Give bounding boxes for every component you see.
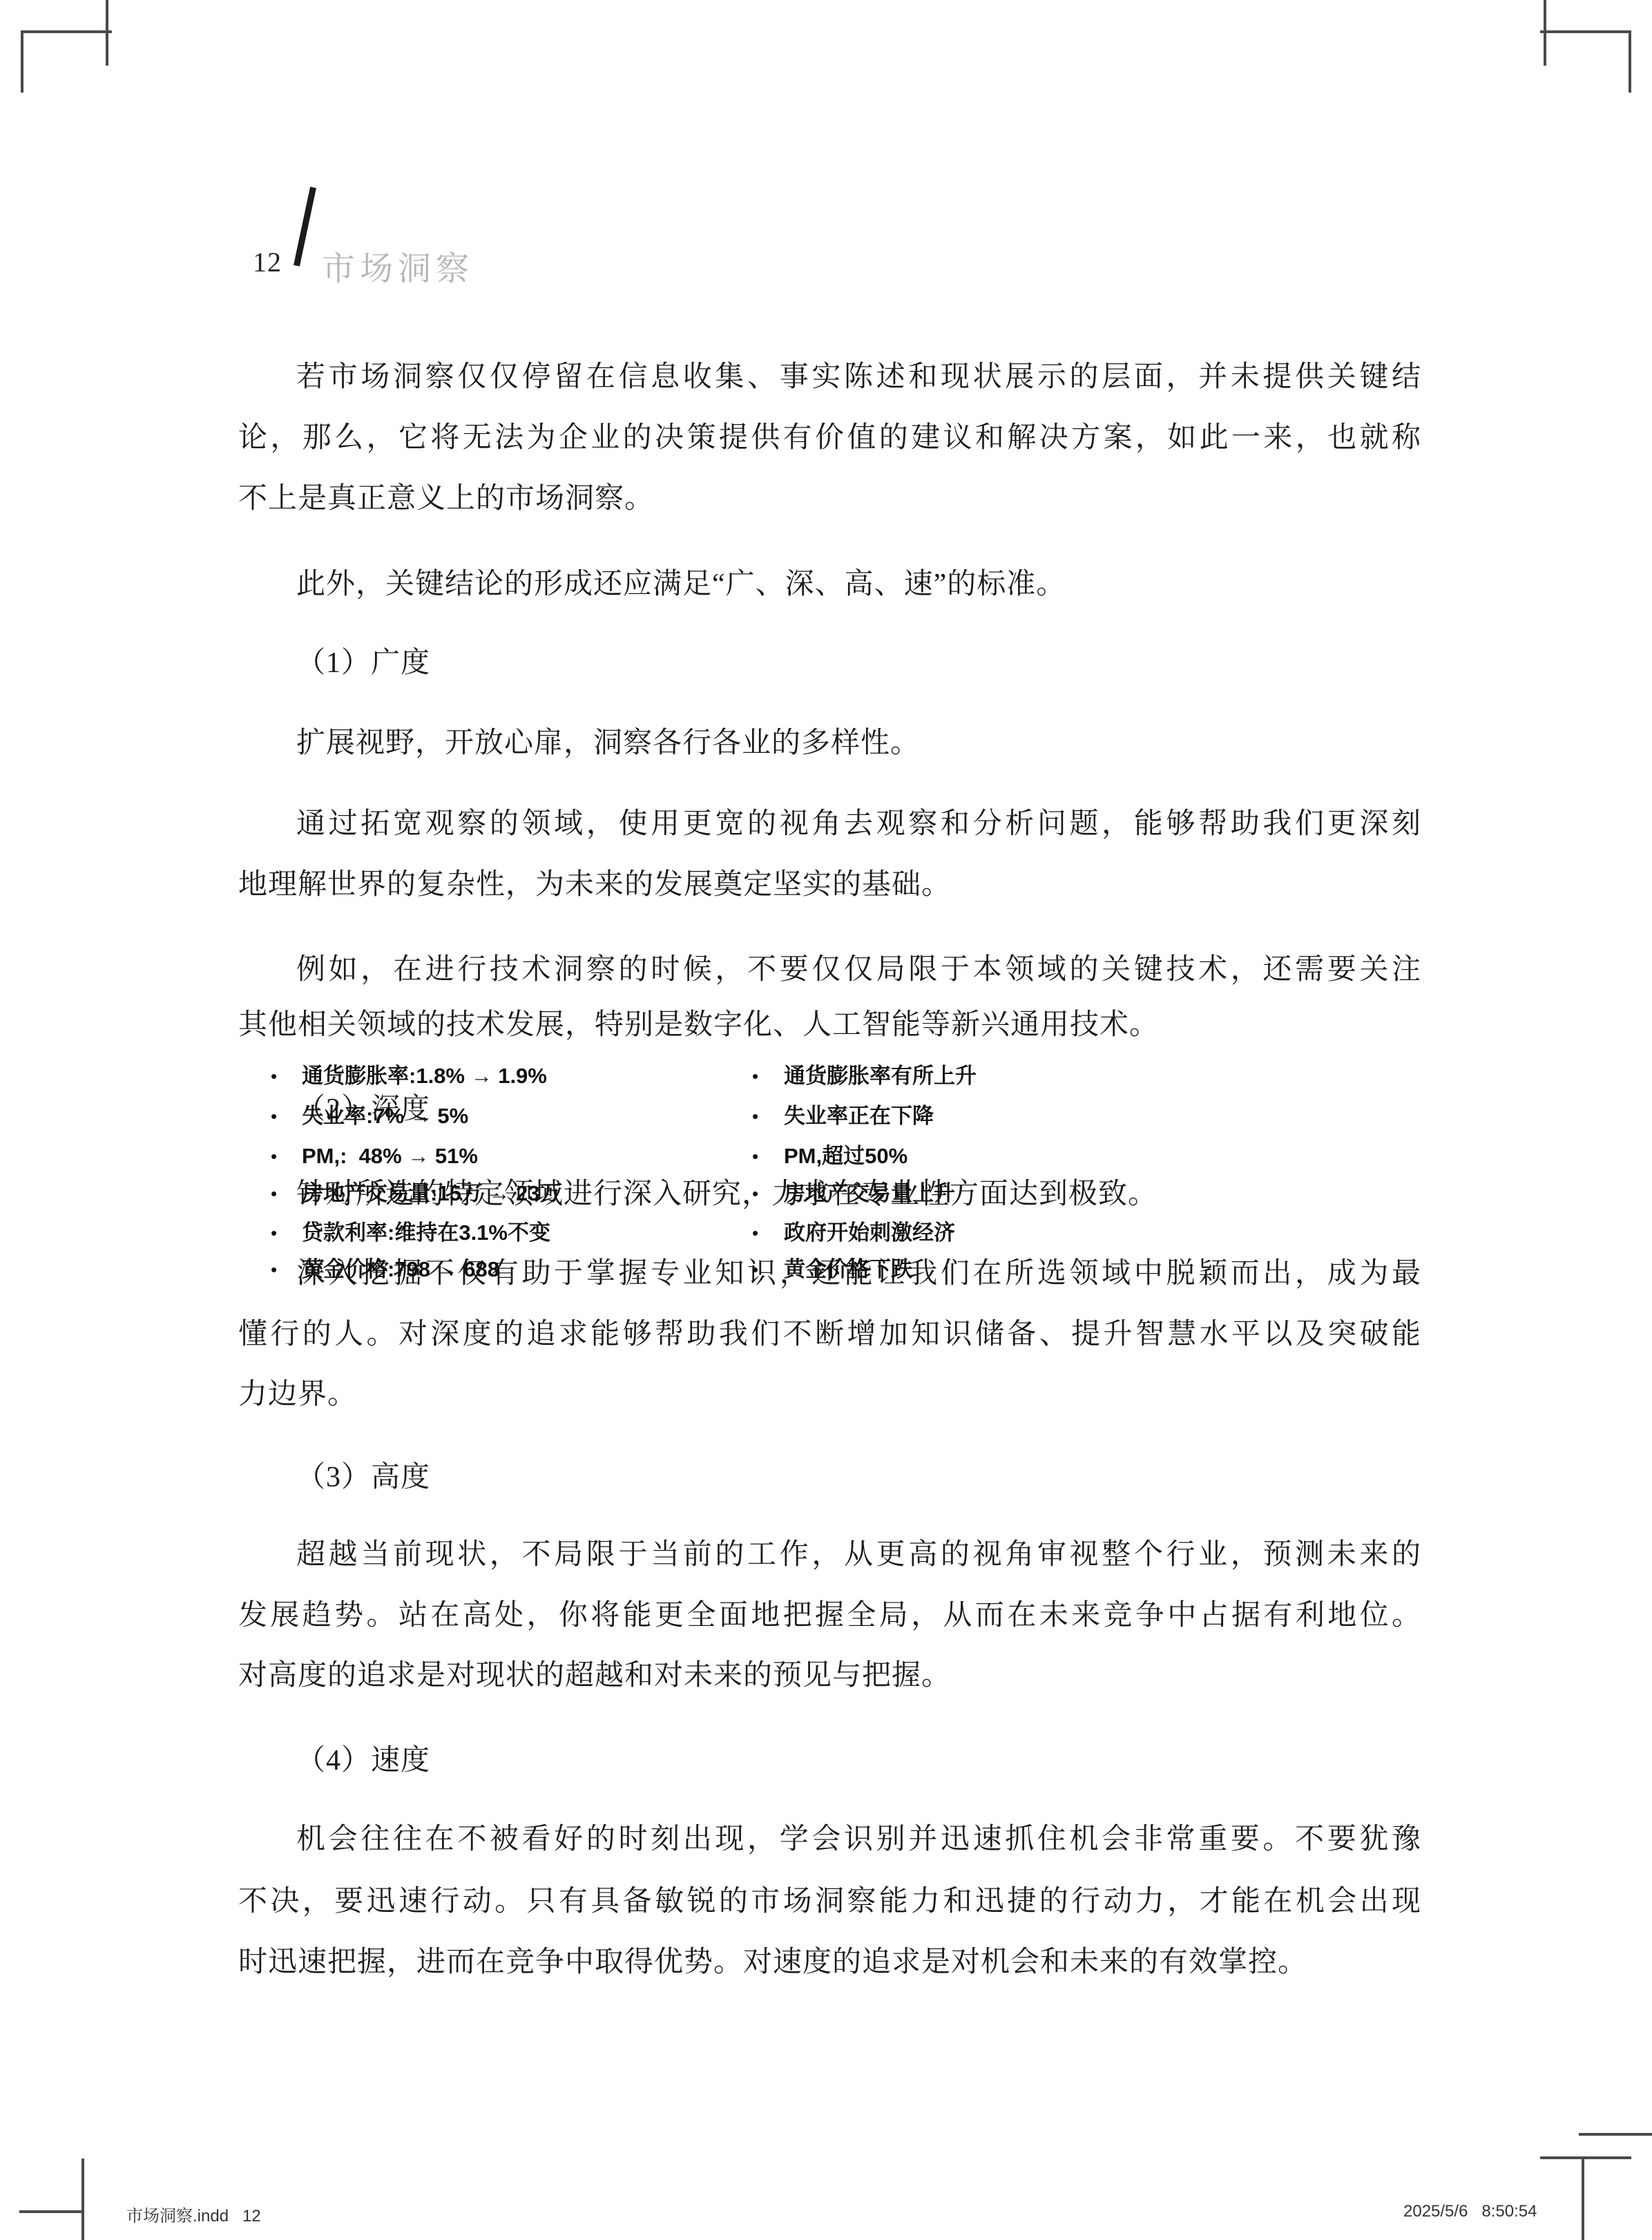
body-line-23: 时迅速把握，进而在竞争中取得优势。对速度的追求是对机会和未来的有效掌控。 xyxy=(238,1944,1421,1980)
body-line-9: 例如，在进行技术洞察的时候，不要仅仅局限于本领域的关键技术，还需要关注 xyxy=(238,952,1421,988)
footer-file-label: 市场洞察.indd 12 xyxy=(126,2202,261,2226)
figure-bullet-right-5: •政府开始刺激经济 xyxy=(752,1219,955,1247)
bullet-dot-icon: • xyxy=(752,1102,784,1130)
body-line-7: 通过拓宽观察的领域，使用更宽的视角去观察和分析问题，能够帮助我们更深刻 xyxy=(238,806,1421,842)
figure-bullet-right-6: •黄金价格下跌 xyxy=(752,1256,912,1283)
body-line-8: 地理解世界的复杂性，为未来的发展奠定坚实的基础。 xyxy=(238,867,1421,903)
bullet-dot-icon: • xyxy=(271,1142,302,1170)
body-line-20: （4）速度 xyxy=(238,1743,1421,1779)
figure-bullet-right-3: •PM,超过50% xyxy=(752,1142,907,1170)
bullet-text: 黄金价格下跌 xyxy=(784,1257,912,1281)
figure-bullet-left-4: •房地产交易量:15万 → 23万 xyxy=(271,1180,561,1207)
bullet-text: PM,: 48% → 51% xyxy=(302,1144,478,1168)
bullet-dot-icon: • xyxy=(752,1219,784,1247)
bullet-text: 房地产交易量:15万 → 23万 xyxy=(302,1181,561,1205)
bullet-dot-icon: • xyxy=(752,1256,784,1283)
bullet-dot-icon: • xyxy=(271,1062,302,1090)
bullet-text: 黄金价格:798 → 688 xyxy=(302,1257,499,1281)
body-line-10: 其他相关领域的技术发展，特别是数字化、人工智能等新兴通用技术。 xyxy=(238,1007,1421,1043)
bullet-text: 房地产交易量上升 xyxy=(784,1181,955,1205)
figure-bullet-left-2: •失业率:7% → 5% xyxy=(271,1102,468,1130)
body-line-3: 不上是真正意义上的市场洞察。 xyxy=(238,481,1421,517)
figure-bullet-left-1: •通货膨胀率:1.8% → 1.9% xyxy=(271,1062,547,1090)
body-line-2: 论，那么，它将无法为企业的决策提供有价值的建议和解决方案，如此一来，也就称 xyxy=(238,420,1421,456)
footer-timestamp: 2025/5/6 8:50:54 xyxy=(1403,2202,1537,2221)
bullet-dot-icon: • xyxy=(271,1219,302,1247)
body-line-15: 力边界。 xyxy=(238,1377,1421,1413)
body-line-17: 超越当前现状，不局限于当前的工作，从更高的视角审视整个行业，预测未来的 xyxy=(238,1537,1421,1573)
bullet-dot-icon: • xyxy=(271,1102,302,1130)
body-line-6: 扩展视野，开放心扉，洞察各行各业的多样性。 xyxy=(238,725,1421,761)
bullet-text: 贷款利率:维持在3.1%不变 xyxy=(302,1220,550,1245)
figure-bullet-left-5: •贷款利率:维持在3.1%不变 xyxy=(271,1219,550,1247)
bullet-dot-icon: • xyxy=(752,1180,784,1207)
bullet-text: 通货膨胀率:1.8% → 1.9% xyxy=(302,1064,547,1088)
bullet-text: 失业率正在下降 xyxy=(784,1104,934,1128)
bullet-text: PM,超过50% xyxy=(784,1144,907,1168)
body-line-19: 对高度的追求是对现状的超越和对未来的预见与把握。 xyxy=(238,1658,1421,1694)
bullet-dot-icon: • xyxy=(752,1062,784,1090)
body-line-18: 发展趋势。站在高处，你将能更全面地把握全局，从而在未来竞争中占据有利地位。 xyxy=(238,1598,1421,1634)
figure-bullet-right-1: •通货膨胀率有所上升 xyxy=(752,1062,977,1090)
book-page: 12 市场洞察 若市场洞察仅仅停留在信息收集、事实陈述和现状展示的层面，并未提供… xyxy=(0,0,1652,2240)
body-line-1: 若市场洞察仅仅停留在信息收集、事实陈述和现状展示的层面，并未提供关键结 xyxy=(238,359,1421,395)
figure-bullet-right-2: •失业率正在下降 xyxy=(752,1102,934,1130)
bullet-text: 通货膨胀率有所上升 xyxy=(784,1064,977,1088)
body-line-4: 此外，关键结论的形成还应满足“广、深、高、速”的标准。 xyxy=(238,566,1421,602)
bullet-text: 失业率:7% → 5% xyxy=(302,1104,468,1128)
body-line-22: 不决，要迅速行动。只有具备敏锐的市场洞察能力和迅捷的行动力，才能在机会出现 xyxy=(238,1884,1421,1920)
body-line-21: 机会往往在不被看好的时刻出现，学会识别并迅速抓住机会非常重要。不要犹豫 xyxy=(238,1821,1421,1857)
body-line-5: （1）广度 xyxy=(238,645,1421,681)
bullet-dot-icon: • xyxy=(271,1180,302,1207)
body-line-16: （3）高度 xyxy=(238,1459,1421,1495)
bullet-dot-icon: • xyxy=(752,1142,784,1170)
bullet-dot-icon: • xyxy=(271,1256,302,1283)
bullet-text: 政府开始刺激经济 xyxy=(784,1220,955,1245)
figure-bullet-right-4: •房地产交易量上升 xyxy=(752,1180,955,1207)
figure-bullet-left-3: •PM,: 48% → 51% xyxy=(271,1142,478,1170)
figure-bullet-left-6: •黄金价格:798 → 688 xyxy=(271,1256,499,1283)
body-line-14: 懂行的人。对深度的追求能够帮助我们不断增加知识储备、提升智慧水平以及突破能 xyxy=(238,1317,1421,1352)
